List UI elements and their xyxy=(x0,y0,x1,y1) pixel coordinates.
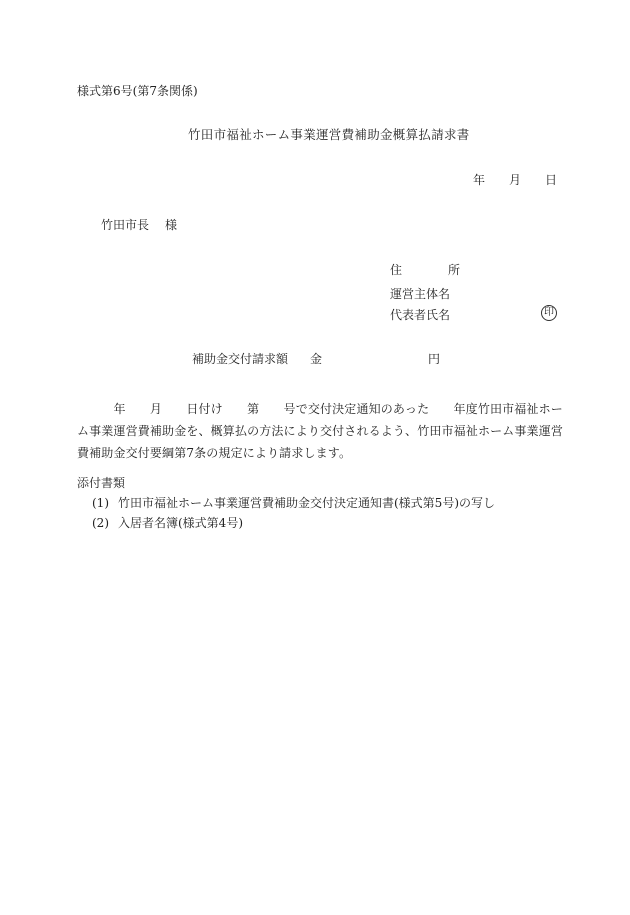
amount-row: 補助金交付請求額金円 xyxy=(192,352,440,366)
address-label-part1: 住 xyxy=(390,263,448,277)
document-title: 竹田市福祉ホーム事業運営費補助金概算払請求書 xyxy=(188,128,470,142)
form-number: 様式第6号(第7条関係) xyxy=(77,84,198,98)
attachment-item: (2)入居者名簿(様式第4号) xyxy=(92,516,243,530)
date-month-label: 月 xyxy=(509,173,545,187)
attachment-number: (2) xyxy=(92,516,118,530)
representative-label: 代表者氏名 xyxy=(390,308,450,322)
date-day-label: 日 xyxy=(545,173,557,187)
applicant-address-row: 住所 xyxy=(390,263,460,277)
body-line-1: 年 月 日付け 第 号で交付決定通知のあった 年度竹田市福祉ホー xyxy=(77,398,559,420)
attachments-title: 添付書類 xyxy=(77,476,125,490)
addressee: 竹田市長様 xyxy=(101,218,177,232)
address-label-part2: 所 xyxy=(448,263,460,277)
applicant-operator-row: 運営主体名 xyxy=(390,287,450,301)
attachment-text: 竹田市福祉ホーム事業運営費補助金交付決定通知書(様式第5号)の写し xyxy=(118,496,495,510)
date-year-label: 年 xyxy=(473,173,509,187)
addressee-honorific: 様 xyxy=(165,218,177,232)
amount-prefix: 金 xyxy=(310,352,428,366)
request-body: 年 月 日付け 第 号で交付決定通知のあった 年度竹田市福祉ホー ム事業運営費補… xyxy=(77,398,559,464)
attachment-number: (1) xyxy=(92,496,118,510)
seal-icon: 印 xyxy=(541,305,557,321)
body-line-2: ム事業運営費補助金を、概算払の方法により交付されるよう、竹田市福祉ホーム事業運営 xyxy=(77,420,559,442)
operator-label: 運営主体名 xyxy=(390,287,450,301)
body-line-3: 費補助金交付要綱第7条の規定により請求します。 xyxy=(77,442,559,464)
amount-unit: 円 xyxy=(428,352,440,366)
attachment-text: 入居者名簿(様式第4号) xyxy=(118,516,243,530)
attachment-item: (1)竹田市福祉ホーム事業運営費補助金交付決定通知書(様式第5号)の写し xyxy=(92,496,495,510)
addressee-name: 竹田市長 xyxy=(101,218,149,232)
applicant-representative-row: 代表者氏名 xyxy=(390,308,450,322)
amount-label: 補助金交付請求額 xyxy=(192,352,310,366)
date-field: 年月日 xyxy=(473,173,557,187)
